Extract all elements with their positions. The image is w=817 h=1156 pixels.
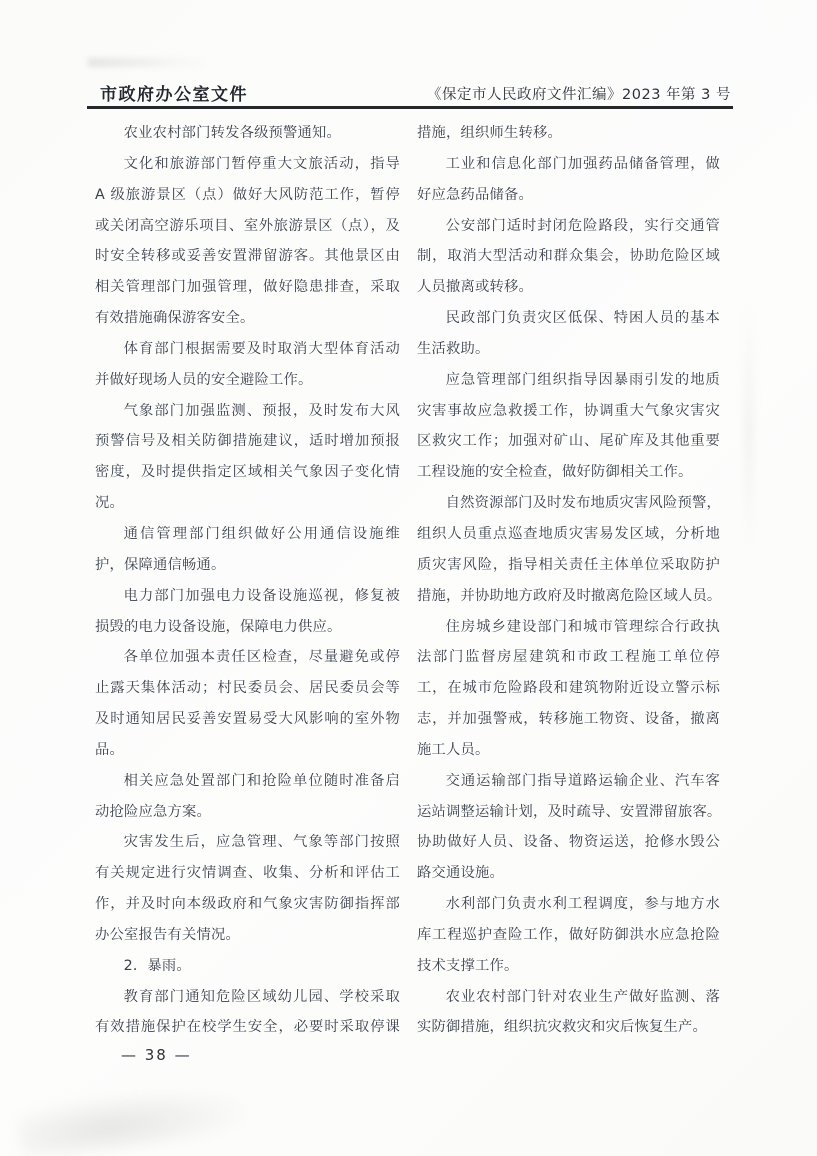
text-line: 预警信号及相关防御措施建议，适时增加预报 bbox=[95, 426, 400, 457]
text-line: 农业农村部门转发各级预警通知。 bbox=[95, 118, 400, 149]
text-line: 况。 bbox=[95, 488, 400, 519]
text-line: 公安部门适时封闭危险路段，实行交通管 bbox=[417, 211, 720, 242]
text-line: 或关闭高空游乐项目、室外旅游景区（点），及 bbox=[95, 211, 400, 242]
text-line: 好应急药品储备。 bbox=[417, 180, 720, 211]
text-column-left: 农业农村部门转发各级预警通知。文化和旅游部门暂停重大文旅活动，指导A 级旅游景区… bbox=[95, 118, 400, 1043]
text-line: 库工程巡护查险工作，做好防御洪水应急抢险 bbox=[417, 920, 720, 951]
text-line: 护，保障通信畅通。 bbox=[95, 550, 400, 581]
text-line: 灾害事故应急救援工作，协调重大气象灾害灾 bbox=[417, 396, 720, 427]
text-line: A 级旅游景区（点）做好大风防范工作，暂停 bbox=[95, 180, 400, 211]
text-line: 体育部门根据需要及时取消大型体育活动 bbox=[95, 334, 400, 365]
text-line: 措施，并协助地方政府及时撤离危险区域人员。 bbox=[417, 581, 720, 612]
text-line: 水利部门负责水利工程调度，参与地方水 bbox=[417, 889, 720, 920]
text-line: 有效措施保护在校学生安全，必要时采取停课 bbox=[95, 1012, 400, 1043]
page-number: — 38 — bbox=[121, 1046, 192, 1064]
text-line: 自然资源部门及时发布地质灾害风险预警， bbox=[417, 488, 720, 519]
scan-smudge-right bbox=[744, 300, 754, 560]
text-line: 交通运输部门指导道路运输企业、汽车客 bbox=[417, 766, 720, 797]
text-line: 时安全转移或妥善安置滞留游客。其他景区由 bbox=[95, 241, 400, 272]
text-line: 文化和旅游部门暂停重大文旅活动，指导 bbox=[95, 149, 400, 180]
text-line: 及时通知居民妥善安置易受大风影响的室外物 bbox=[95, 704, 400, 735]
text-line: 损毁的电力设备设施，保障电力供应。 bbox=[95, 612, 400, 643]
text-line: 路交通设施。 bbox=[417, 858, 720, 889]
text-line: 工业和信息化部门加强药品储备管理，做 bbox=[417, 149, 720, 180]
text-line: 生活救助。 bbox=[417, 334, 720, 365]
text-line: 作，并及时向本级政府和气象灾害防御指挥部 bbox=[95, 889, 400, 920]
text-line: 法部门监督房屋建筑和市政工程施工单位停 bbox=[417, 642, 720, 673]
text-line: 相关管理部门加强管理，做好隐患排查，采取 bbox=[95, 272, 400, 303]
document-page: 市政府办公室文件 《保定市人民政府文件汇编》2023 年第 3 号 农业农村部门… bbox=[0, 0, 817, 1156]
text-line: 运站调整运输计划，及时疏导、安置滞留旅客。 bbox=[417, 797, 720, 828]
text-line: 区救灾工作；加强对矿山、尾矿库及其他重要 bbox=[417, 426, 720, 457]
text-line: 品。 bbox=[95, 735, 400, 766]
text-line: 民政部门负责灾区低保、特困人员的基本 bbox=[417, 303, 720, 334]
page-curl-shadow bbox=[16, 1078, 251, 1156]
text-line: 志，并加强警戒，转移施工物资、设备，撤离 bbox=[417, 704, 720, 735]
text-line: 密度，及时提供指定区域相关气象因子变化情 bbox=[95, 457, 400, 488]
header-right-title: 《保定市人民政府文件汇编》2023 年第 3 号 bbox=[427, 83, 731, 104]
text-line: 施工人员。 bbox=[417, 735, 720, 766]
text-line: 有效措施确保游客安全。 bbox=[95, 303, 400, 334]
text-line: 灾害发生后，应急管理、气象等部门按照 bbox=[95, 827, 400, 858]
text-line: 措施，组织师生转移。 bbox=[417, 118, 720, 149]
text-line: 各单位加强本责任区检查，尽量避免或停 bbox=[95, 642, 400, 673]
text-column-right: 措施，组织师生转移。工业和信息化部门加强药品储备管理，做好应急药品储备。公安部门… bbox=[417, 118, 720, 1043]
text-line: 住房城乡建设部门和城市管理综合行政执 bbox=[417, 612, 720, 643]
text-line: 2．暴雨。 bbox=[95, 951, 400, 982]
page-header: 市政府办公室文件 《保定市人民政府文件汇编》2023 年第 3 号 bbox=[87, 84, 732, 106]
scan-smudge-top bbox=[88, 58, 208, 67]
header-left-title: 市政府办公室文件 bbox=[100, 80, 248, 105]
text-line: 制，取消大型活动和群众集会，协助危险区域 bbox=[417, 241, 720, 272]
text-line: 通信管理部门组织做好公用通信设施维 bbox=[95, 519, 400, 550]
text-line: 实防御措施，组织抗灾救灾和灾后恢复生产。 bbox=[417, 1012, 720, 1043]
text-line: 工，在城市危险路段和建筑物附近设立警示标 bbox=[417, 673, 720, 704]
text-line: 动抢险应急方案。 bbox=[95, 797, 400, 828]
text-line: 办公室报告有关情况。 bbox=[95, 920, 400, 951]
text-line: 止露天集体活动；村民委员会、居民委员会等 bbox=[95, 673, 400, 704]
text-line: 质灾害风险，指导相关责任主体单位采取防护 bbox=[417, 550, 720, 581]
text-line: 协助做好人员、设备、物资运送，抢修水毁公 bbox=[417, 827, 720, 858]
text-line: 相关应急处置部门和抢险单位随时准备启 bbox=[95, 766, 400, 797]
text-line: 农业农村部门针对农业生产做好监测、落 bbox=[417, 982, 720, 1013]
header-rule bbox=[87, 106, 733, 109]
text-line: 教育部门通知危险区域幼儿园、学校采取 bbox=[95, 982, 400, 1013]
text-line: 应急管理部门组织指导因暴雨引发的地质 bbox=[417, 365, 720, 396]
text-line: 气象部门加强监测、预报，及时发布大风 bbox=[95, 396, 400, 427]
text-line: 并做好现场人员的安全避险工作。 bbox=[95, 365, 400, 396]
text-line: 电力部门加强电力设备设施巡视，修复被 bbox=[95, 581, 400, 612]
text-line: 技术支撑工作。 bbox=[417, 951, 720, 982]
text-line: 有关规定进行灾情调查、收集、分析和评估工 bbox=[95, 858, 400, 889]
text-line: 工程设施的安全检查，做好防御相关工作。 bbox=[417, 457, 720, 488]
text-line: 组织人员重点巡查地质灾害易发区域，分析地 bbox=[417, 519, 720, 550]
text-line: 人员撤离或转移。 bbox=[417, 272, 720, 303]
